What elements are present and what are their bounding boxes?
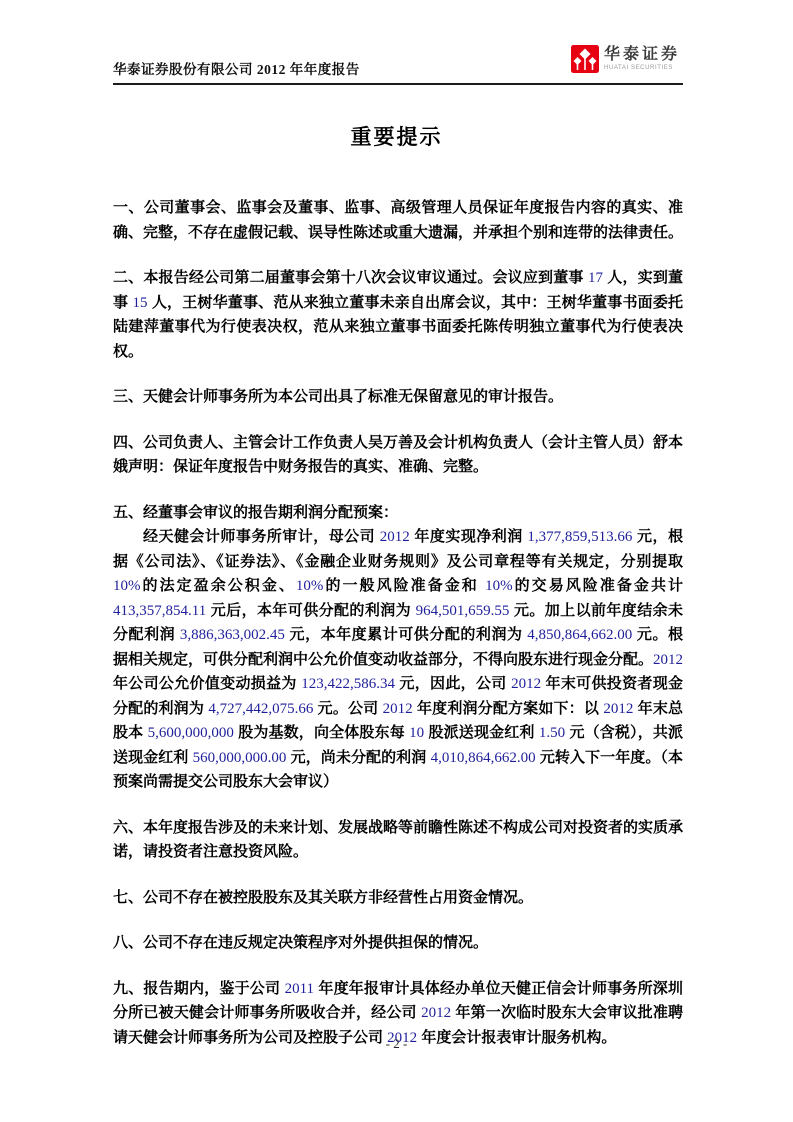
number-run: 1.50: [539, 725, 565, 741]
number-run: 2011: [285, 981, 314, 997]
text-run: 的一般风险准备金和: [323, 577, 485, 594]
text-run: 的交易风险准备金共计: [513, 577, 683, 594]
number-run: 10: [409, 725, 424, 741]
number-run: 1,377,859,513.66: [527, 529, 632, 545]
text-run: 八、公司不存在违反规定决策程序对外提供担保的情况。: [113, 934, 488, 951]
paragraph: 八、公司不存在违反规定决策程序对外提供担保的情况。: [113, 931, 683, 956]
paragraph: 三、天健会计师事务所为本公司出具了标准无保留意见的审计报告。: [113, 385, 683, 410]
text-run: 股派送现金红利: [424, 724, 539, 741]
paragraph: 二、本报告经公司第二届董事会第十八次会议审议通过。会议应到董事 17 人，实到董…: [113, 266, 683, 364]
number-run: 964,501,659.55: [416, 603, 510, 619]
logo-text: 华泰证券 HUATAI SECURITIES: [604, 47, 680, 71]
document-header-title: 华泰证券股份有限公司 2012 年年度报告: [113, 58, 360, 78]
text-run: 元，因此，公司: [395, 675, 511, 692]
number-run: 2012: [421, 1005, 451, 1021]
document-body: 一、公司董事会、监事会及董事、监事、高级管理人员保证年度报告内容的真实、准确、完…: [113, 196, 683, 1071]
text-run: 元后，本年可供分配的利润为: [206, 602, 415, 619]
page-number: - 2 -: [0, 1036, 793, 1052]
number-run: 2012: [383, 701, 413, 717]
text-run: 三、天健会计师事务所为本公司出具了标准无保留意见的审计报告。: [113, 388, 563, 405]
paragraph: 四、公司负责人、主管会计工作负责人吴万善及会计机构负责人（会计主管人员）舒本娥声…: [113, 431, 683, 480]
number-run: 3,886,363,002.45: [180, 627, 285, 643]
page-title: 重要提示: [0, 121, 793, 151]
text-run: 元。公司: [313, 700, 382, 717]
report-page: 华泰证券股份有限公司 2012 年年度报告 华泰证券 HUATAI SECURI…: [0, 0, 793, 1122]
paragraph: 五、经董事会审议的报告期利润分配预案：: [113, 501, 683, 526]
text-run: 元，尚未分配的利润: [286, 749, 430, 766]
text-run: 股为基数，向全体股东每: [234, 724, 409, 741]
number-run: 5,600,000,000: [148, 725, 234, 741]
number-run: 4,850,864,662.00: [527, 627, 632, 643]
number-run: 4,727,442,075.66: [208, 701, 313, 717]
huatai-logo-icon: [571, 45, 599, 73]
text-run: 元，本年度累计可供分配的利润为: [285, 626, 527, 643]
number-run: 10%: [113, 578, 141, 594]
number-run: 413,357,854.11: [113, 603, 206, 619]
number-run: 10%: [296, 578, 324, 594]
number-run: 15: [133, 295, 148, 311]
number-run: 4,010,864,662.00: [431, 750, 536, 766]
text-run: 一、公司董事会、监事会及董事、监事、高级管理人员保证年度报告内容的真实、准确、完…: [113, 199, 683, 241]
paragraph: 经天健会计师事务所审计，母公司 2012 年度实现净利润 1,377,859,5…: [113, 525, 683, 795]
text-run: 二、本报告经公司第二届董事会第十八次会议审议通过。会议应到董事: [113, 269, 588, 286]
number-run: 2012: [511, 676, 541, 692]
logo-brand-cn: 华泰证券: [604, 47, 680, 63]
paragraph: 六、本年度报告涉及的未来计划、发展战略等前瞻性陈述不构成公司对投资者的实质承诺，…: [113, 816, 683, 865]
paragraph: 一、公司董事会、监事会及董事、监事、高级管理人员保证年度报告内容的真实、准确、完…: [113, 196, 683, 245]
text-run: 六、本年度报告涉及的未来计划、发展战略等前瞻性陈述不构成公司对投资者的实质承诺，…: [113, 819, 683, 861]
text-run: 的法定盈余公积金、: [141, 577, 296, 594]
number-run: 17: [588, 270, 603, 286]
paragraph: 七、公司不存在被控股股东及其关联方非经营性占用资金情况。: [113, 886, 683, 911]
text-run: 年度实现净利润: [410, 528, 528, 545]
text-run: 年公司公允价值变动损益为: [113, 675, 301, 692]
number-run: 10%: [485, 578, 513, 594]
logo-brand-en: HUATAI SECURITIES: [604, 65, 680, 71]
header-divider: [113, 83, 683, 85]
text-run: 四、公司负责人、主管会计工作负责人吴万善及会计机构负责人（会计主管人员）舒本娥声…: [113, 434, 683, 476]
number-run: 2012: [380, 529, 410, 545]
number-run: 2012: [653, 652, 683, 668]
text-run: 经天健会计师事务所审计，母公司: [143, 528, 380, 545]
text-run: 五、经董事会审议的报告期利润分配预案：: [113, 504, 398, 521]
text-run: 七、公司不存在被控股股东及其关联方非经营性占用资金情况。: [113, 889, 533, 906]
number-run: 123,422,586.34: [301, 676, 395, 692]
number-run: 2012: [603, 701, 633, 717]
text-run: 九、报告期内，鉴于公司: [113, 980, 285, 997]
number-run: 560,000,000.00: [193, 750, 287, 766]
text-run: 年度利润分配方案如下：以: [413, 700, 604, 717]
huatai-logo: 华泰证券 HUATAI SECURITIES: [571, 45, 680, 73]
text-run: 人，王树华董事、范从来独立董事未亲自出席会议，其中：王树华董事书面委托陆建萍董事…: [113, 294, 683, 360]
